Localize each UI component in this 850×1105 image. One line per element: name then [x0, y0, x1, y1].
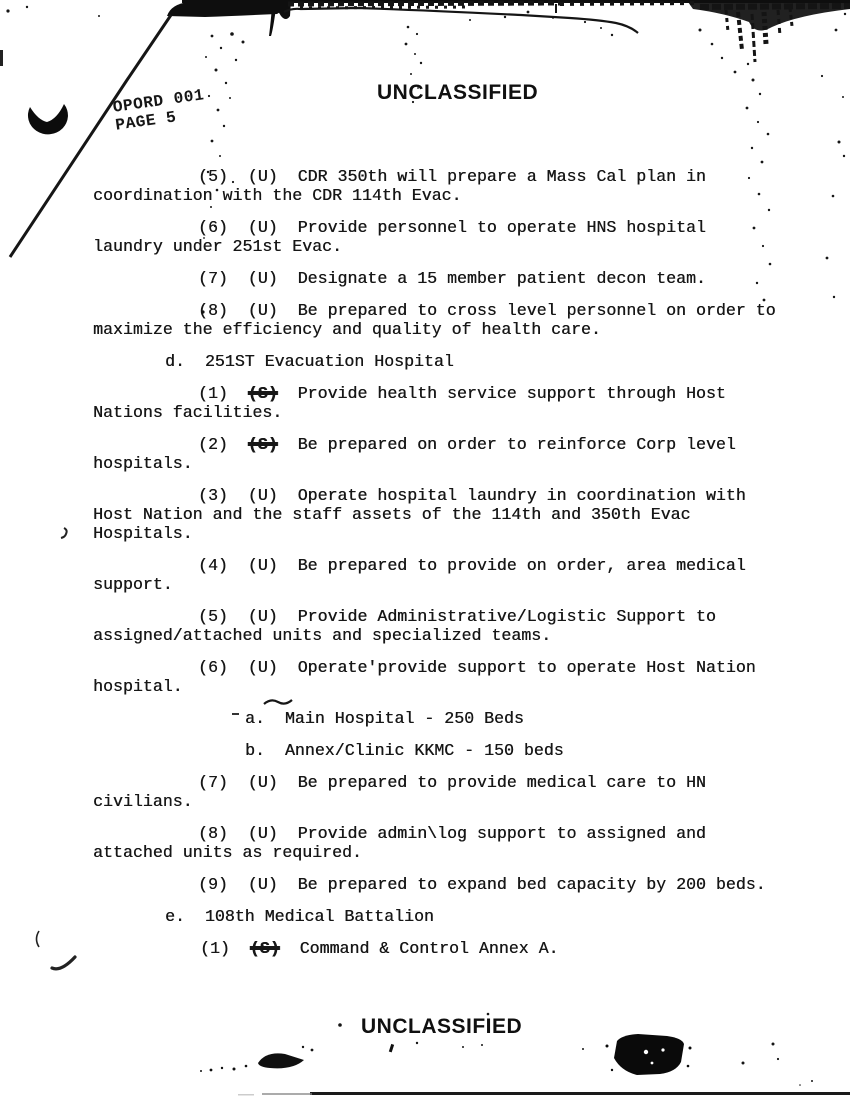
- paragraph-label: (7): [198, 269, 228, 288]
- paragraph-text: Provide Administrative/Logistic Support …: [93, 607, 726, 645]
- paragraph-text: Command & Control Annex A.: [300, 939, 559, 958]
- paragraph-text: Main Hospital - 250 Beds: [285, 709, 524, 728]
- classification-marker: (U): [248, 658, 278, 677]
- classification-marker: (U): [248, 824, 278, 843]
- paragraph: (5) (U) Provide Administrative/Logistic …: [93, 607, 783, 645]
- classification-marker: (S): [248, 384, 278, 403]
- body-text: (5) (U) CDR 350th will prepare a Mass Ca…: [93, 167, 783, 971]
- paragraph-text: Designate a 15 member patient decon team…: [298, 269, 706, 288]
- scanner-band-texture: [288, 3, 850, 62]
- paragraph: e. 108th Medical Battalion: [93, 907, 783, 926]
- classification-marker: (U): [248, 218, 278, 237]
- paragraph-label: (8): [198, 301, 228, 320]
- footer-classification: UNCLASSIFIED: [361, 1015, 522, 1039]
- paragraph-text: Be prepared to provide on order, area me…: [93, 556, 756, 594]
- paragraph-label: (1): [198, 384, 228, 403]
- paragraph-text: Be prepared to cross level personnel on …: [93, 301, 786, 339]
- paragraph-text: Provide personnel to operate HNS hospita…: [93, 218, 716, 256]
- paragraph-text: Annex/Clinic KKMC - 150 beds: [285, 741, 564, 760]
- classification-marker: (U): [248, 556, 278, 575]
- paragraph-label: (8): [198, 824, 228, 843]
- paragraph-label: d.: [165, 352, 185, 371]
- paragraph: (7) (U) Be prepared to provide medical c…: [93, 773, 783, 811]
- header-classification: UNCLASSIFIED: [377, 81, 538, 105]
- doc-id-block: OPORD 001 PAGE 5: [112, 87, 208, 134]
- paragraph: (8) (U) Be prepared to cross level perso…: [93, 301, 783, 339]
- classification-marker: (S): [248, 435, 278, 454]
- scanner-edge-band: [167, 0, 850, 36]
- paragraph-label: (5): [198, 607, 228, 626]
- paragraph-label: (3): [198, 486, 228, 505]
- paragraph: (6) (U) Operate'provide support to opera…: [93, 658, 783, 696]
- paragraph-text: Provide admin\log support to assigned an…: [93, 824, 716, 862]
- paragraph: b. Annex/Clinic KKMC - 150 beds: [93, 741, 783, 760]
- paragraph: (1) (S) Command & Control Annex A.: [93, 939, 783, 958]
- paragraph-text: CDR 350th will prepare a Mass Cal plan i…: [93, 167, 716, 205]
- document-page: UNCLASSIFIED OPORD 001 PAGE 5 (5) (U) CD…: [0, 0, 850, 1105]
- paragraph-label: (9): [198, 875, 228, 894]
- paragraph: (6) (U) Provide personnel to operate HNS…: [93, 218, 783, 256]
- classification-marker: (U): [248, 875, 278, 894]
- paragraph-label: (1): [200, 939, 230, 958]
- paragraph: (2) (S) Be prepared on order to reinforc…: [93, 435, 783, 473]
- classification-marker: (U): [248, 167, 278, 186]
- paragraph-label: (6): [198, 658, 228, 677]
- paragraph-text: Be prepared on order to reinforce Corp l…: [93, 435, 746, 473]
- page-edge-line: [284, 8, 638, 33]
- classification-marker: (U): [248, 486, 278, 505]
- paragraph-text: 251ST Evacuation Hospital: [205, 352, 454, 371]
- paragraph-text: 108th Medical Battalion: [205, 907, 434, 926]
- paragraph: (8) (U) Provide admin\log support to ass…: [93, 824, 783, 862]
- paragraph: (9) (U) Be prepared to expand bed capaci…: [93, 875, 783, 894]
- paragraph-label: (5): [198, 167, 228, 186]
- paragraph: (5) (U) CDR 350th will prepare a Mass Ca…: [93, 167, 783, 205]
- paragraph-text: Be prepared to provide medical care to H…: [93, 773, 716, 811]
- paragraph-label: a.: [245, 709, 265, 728]
- classification-marker: (S): [250, 939, 280, 958]
- classification-marker: (U): [248, 269, 278, 288]
- paragraph: d. 251ST Evacuation Hospital: [93, 352, 783, 371]
- classification-marker: (U): [248, 607, 278, 626]
- paragraph-text: Operate'provide support to operate Host …: [93, 658, 766, 696]
- paragraph: (3) (U) Operate hospital laundry in coor…: [93, 486, 783, 543]
- paragraph: (1) (S) Provide health service support t…: [93, 384, 783, 422]
- bottom-scan-line: [238, 1092, 850, 1096]
- crescent-punch-mark: [28, 104, 68, 134]
- classification-marker: (U): [248, 773, 278, 792]
- paragraph-label: b.: [245, 741, 265, 760]
- classification-marker: (U): [248, 301, 278, 320]
- paragraph: (7) (U) Designate a 15 member patient de…: [93, 269, 783, 288]
- paragraph-label: (4): [198, 556, 228, 575]
- paragraph-text: Operate hospital laundry in coordination…: [93, 486, 756, 543]
- footer-scribble: [200, 1044, 394, 1072]
- paragraph-label: (2): [198, 435, 228, 454]
- paragraph-label: (6): [198, 218, 228, 237]
- paragraph: (4) (U) Be prepared to provide on order,…: [93, 556, 783, 594]
- paragraph-label: (7): [198, 773, 228, 792]
- paragraph-text: Provide health service support through H…: [93, 384, 736, 422]
- paragraph: a. Main Hospital - 250 Beds: [93, 709, 783, 728]
- ink-stamp-blob: [606, 1034, 692, 1075]
- paragraph-text: Be prepared to expand bed capacity by 20…: [298, 875, 766, 894]
- paragraph-label: e.: [165, 907, 185, 926]
